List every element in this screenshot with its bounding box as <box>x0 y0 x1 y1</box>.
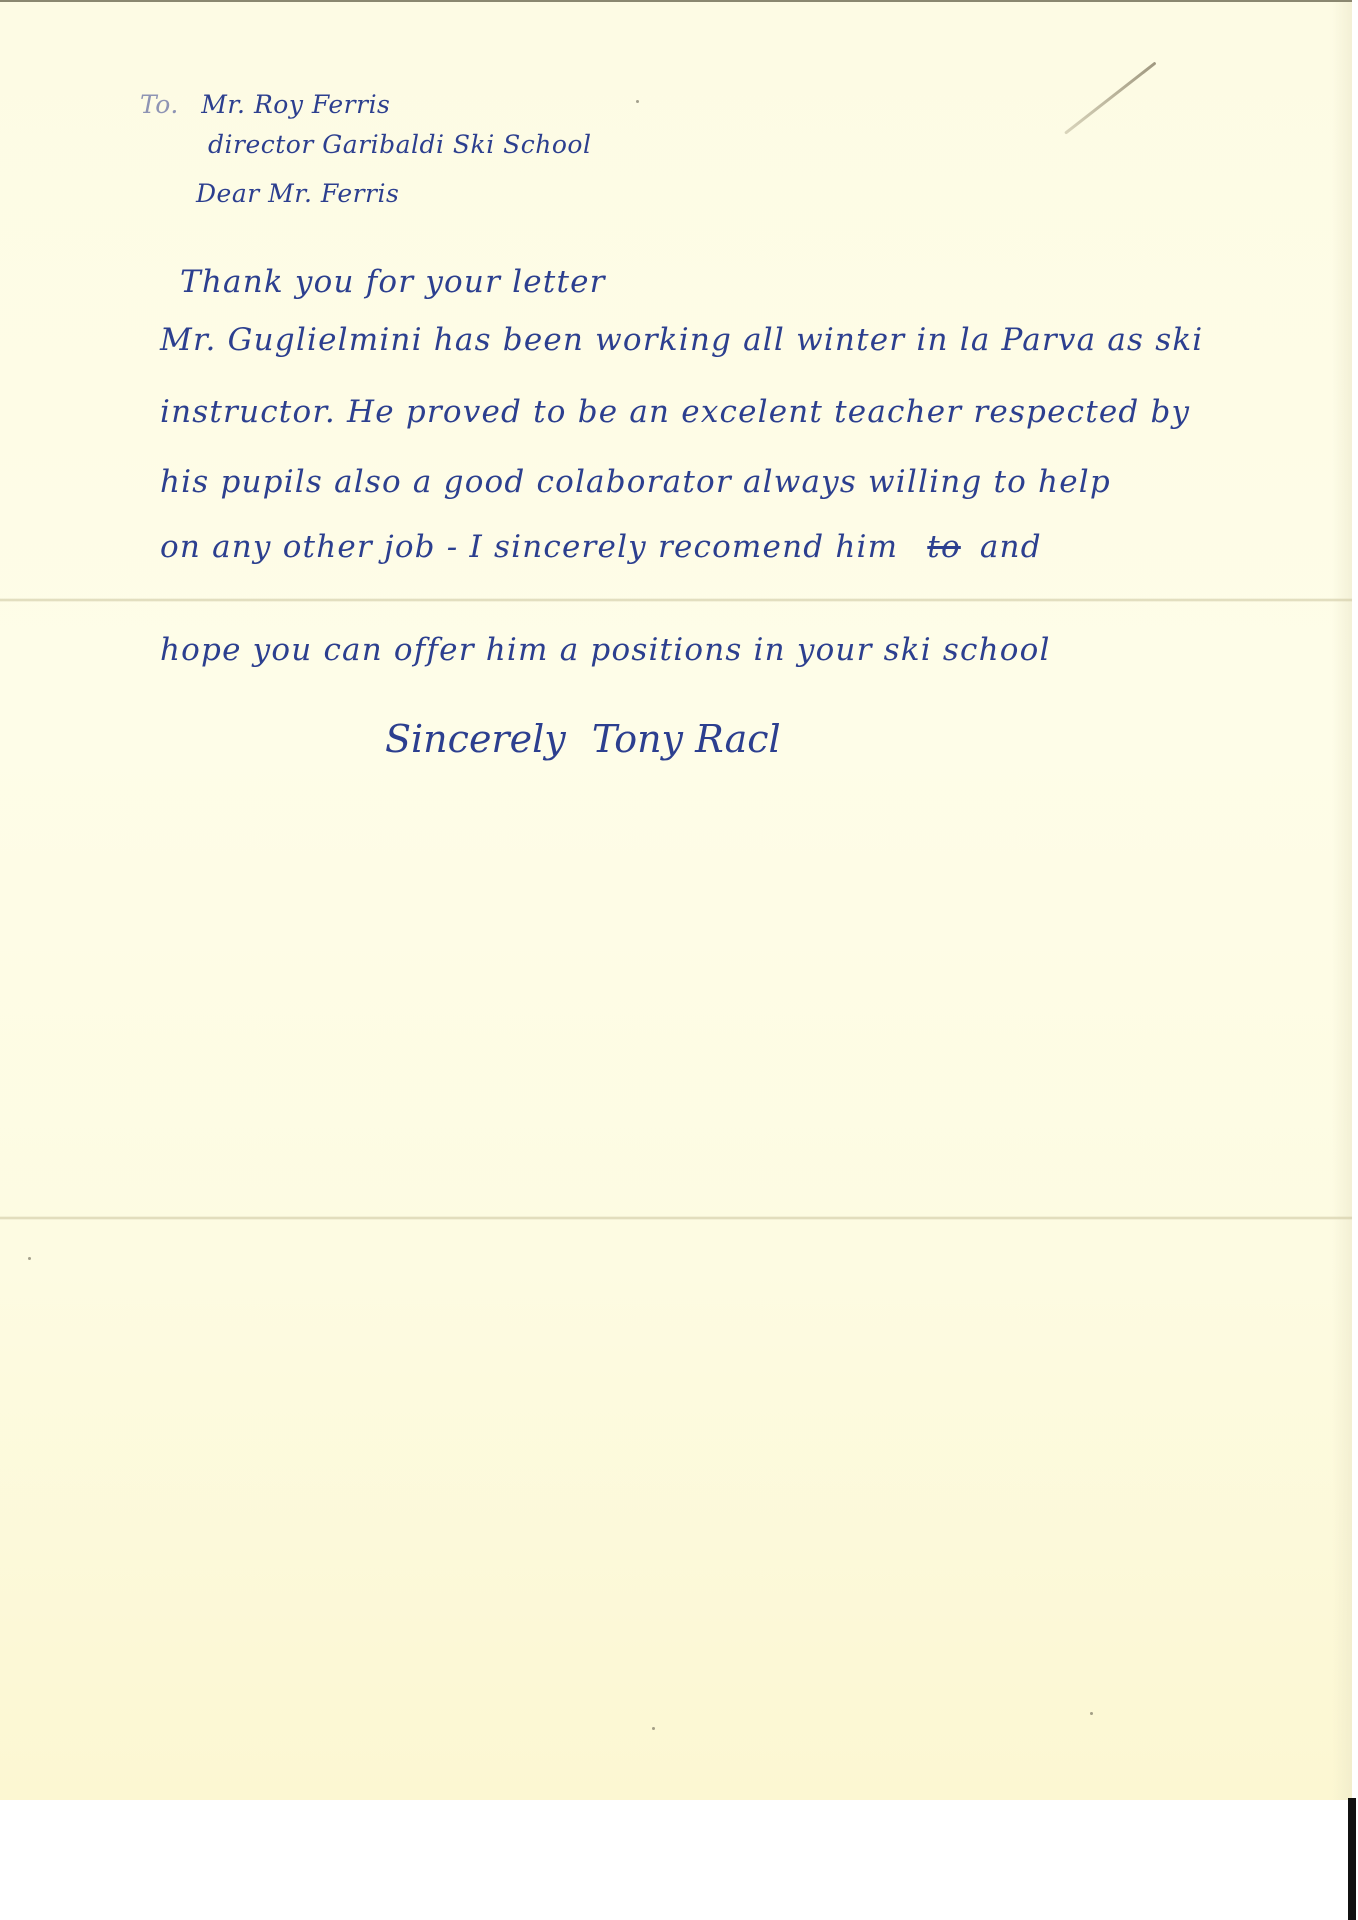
recipient-line: To. Mr. Roy Ferris <box>140 90 390 119</box>
paper-edge-shadow <box>1332 2 1352 1800</box>
body-line-1: Thank you for your letter <box>180 264 606 300</box>
scanned-page: To. Mr. Roy Ferris director Garibaldi Sk… <box>0 0 1358 1920</box>
ink-speck <box>652 1727 655 1730</box>
fold-line-upper <box>0 598 1352 602</box>
address-prefix: To. <box>140 90 179 119</box>
body-line-5-text: on any other job - I sincerely recomend … <box>160 529 898 565</box>
struck-word: to <box>927 529 961 565</box>
body-line-5: on any other job - I sincerely recomend … <box>160 529 1042 565</box>
body-line-5-tail: and <box>980 529 1042 565</box>
recipient-name: Mr. Roy Ferris <box>201 90 390 119</box>
recipient-title: director Garibaldi Ski School <box>208 130 591 159</box>
pencil-mark <box>1064 62 1156 135</box>
ink-speck <box>636 100 639 103</box>
body-line-3: instructor. He proved to be an excelent … <box>160 394 1190 430</box>
salutation: Dear Mr. Ferris <box>196 179 399 208</box>
body-line-4: his pupils also a good colaborator alway… <box>160 464 1111 500</box>
signature-name: Tony Racl <box>592 717 781 761</box>
body-line-6: hope you can offer him a positions in yo… <box>160 632 1051 668</box>
letter-paper: To. Mr. Roy Ferris director Garibaldi Sk… <box>0 0 1352 1800</box>
fold-line-lower <box>0 1216 1352 1220</box>
ink-speck <box>1090 1712 1093 1715</box>
ink-speck <box>28 1257 31 1260</box>
scan-edge-bar <box>1348 1798 1356 1920</box>
signature-block: Sincerely Tony Racl <box>385 717 781 761</box>
closing: Sincerely <box>385 717 566 761</box>
body-line-2: Mr. Guglielmini has been working all win… <box>160 322 1203 358</box>
